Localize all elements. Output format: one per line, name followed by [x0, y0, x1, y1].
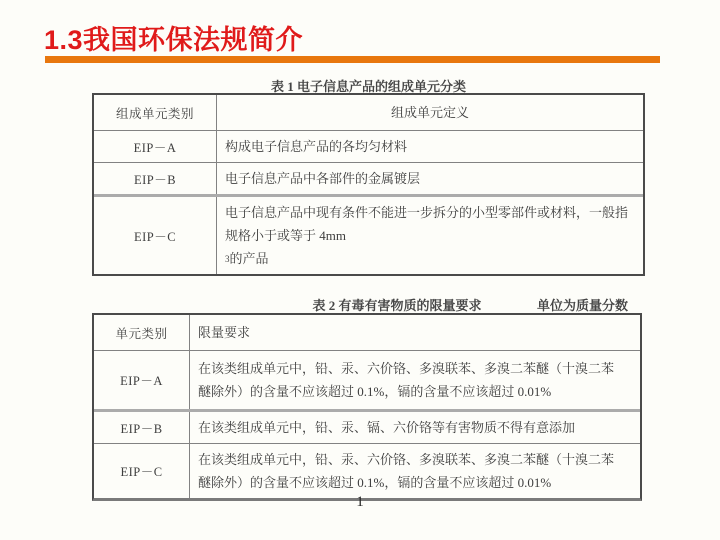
table-1: 组成单元类别 组成单元定义 EIP－A 构成电子信息产品的各均匀材料 EIP－B…	[92, 93, 645, 276]
slide-title: 1.3我国环保法规简介	[44, 18, 303, 57]
definition-cell: 构成电子信息产品的各均匀材料	[217, 131, 643, 162]
table2-col2-header: 限量要求	[190, 315, 640, 350]
definition-cell: 电子信息产品中各部件的金属镀层	[217, 163, 643, 194]
category-cell: EIP－C	[94, 197, 217, 274]
table-row: EIP－B 在该类组成单元中，铅、汞、镉、六价铬等有害物质不得有意添加	[94, 409, 640, 443]
table-row: EIP－C 在该类组成单元中，铅、汞、六价铬、多溴联苯、多溴二苯醚（十溴二苯醚除…	[94, 443, 640, 498]
table2-col1-header: 单元类别	[94, 315, 190, 350]
table2-unit-note: 单位为质量分数	[537, 295, 628, 314]
definition-cell: 电子信息产品中现有条件不能进一步拆分的小型零部件或材料，一般指规格小于或等于 4…	[217, 197, 643, 274]
table-row: EIP－B 电子信息产品中各部件的金属镀层	[94, 162, 643, 194]
table2-header-row: 单元类别 限量要求	[94, 315, 640, 350]
table1-col1-header: 组成单元类别	[94, 95, 217, 130]
limit-cell: 在该类组成单元中，铅、汞、镉、六价铬等有害物质不得有意添加	[190, 412, 640, 443]
page-number: 1	[0, 494, 720, 511]
category-cell: EIP－C	[94, 444, 190, 498]
table-row: EIP－A 构成电子信息产品的各均匀材料	[94, 130, 643, 162]
table1-header-row: 组成单元类别 组成单元定义	[94, 95, 643, 130]
limit-cell: 在该类组成单元中，铅、汞、六价铬、多溴联苯、多溴二苯醚（十溴二苯醚除外）的含量不…	[190, 444, 640, 498]
definition-text-after: 的产品	[230, 247, 269, 270]
category-cell: EIP－B	[94, 163, 217, 194]
title-underline-bar	[45, 56, 660, 63]
category-cell: EIP－B	[94, 412, 190, 443]
table2-caption: 表 2 有毒有害物质的限量要求	[312, 295, 481, 314]
table-row: EIP－C 电子信息产品中现有条件不能进一步拆分的小型零部件或材料，一般指规格小…	[94, 194, 643, 274]
category-cell: EIP－A	[94, 351, 190, 409]
table-2: 单元类别 限量要求 EIP－A 在该类组成单元中，铅、汞、六价铬、多溴联苯、多溴…	[92, 313, 642, 501]
definition-text: 电子信息产品中现有条件不能进一步拆分的小型零部件或材料，一般指规格小于或等于 4…	[225, 201, 629, 247]
table2-caption-row: 表 2 有毒有害物质的限量要求 单位为质量分数	[92, 295, 642, 313]
table-row: EIP－A 在该类组成单元中，铅、汞、六价铬、多溴联苯、多溴二苯醚（十溴二苯醚除…	[94, 350, 640, 409]
limit-cell: 在该类组成单元中，铅、汞、六价铬、多溴联苯、多溴二苯醚（十溴二苯醚除外）的含量不…	[190, 351, 640, 409]
table1-col2-header: 组成单元定义	[217, 95, 643, 130]
slide: 1.3我国环保法规简介 表 1 电子信息产品的组成单元分类 组成单元类别 组成单…	[0, 0, 720, 540]
category-cell: EIP－A	[94, 131, 217, 162]
